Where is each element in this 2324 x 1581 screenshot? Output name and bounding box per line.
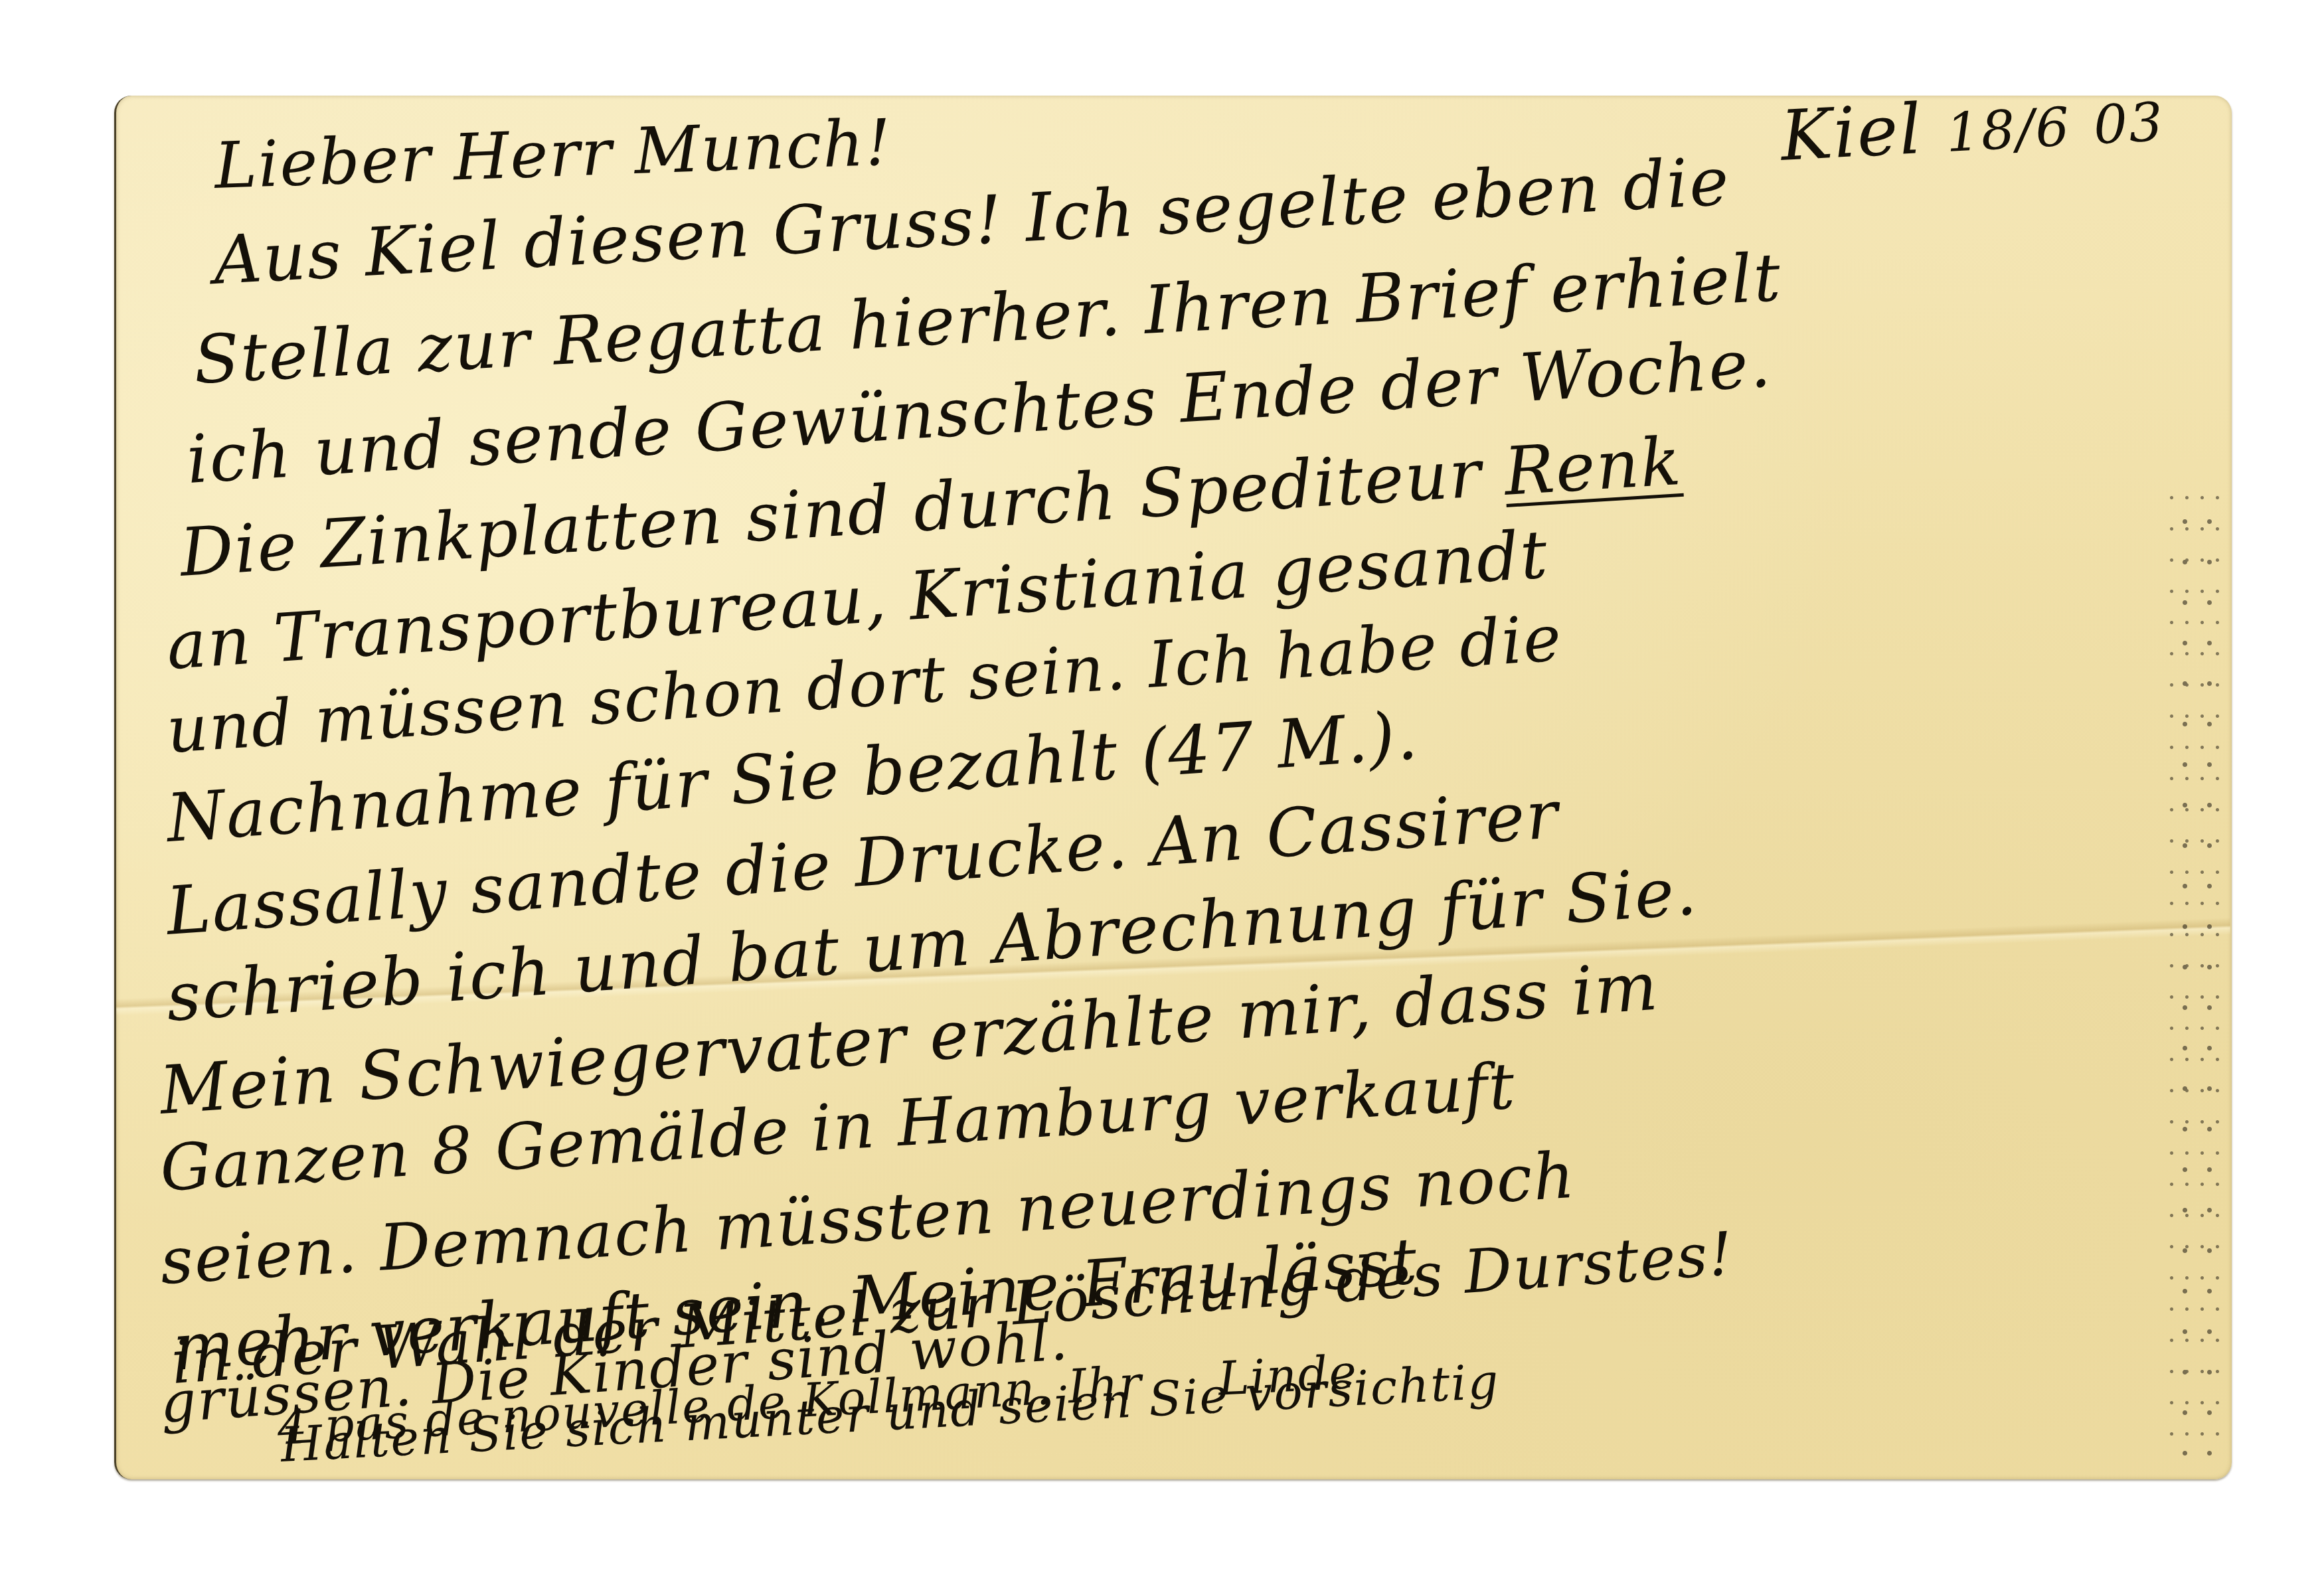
date-day: 18 [1944,99,2018,164]
signature: Linde [1217,1345,1359,1406]
date-month: 6 [2034,96,2072,159]
salutation: Lieber Herr Munch! [213,105,893,203]
date-year: 03 [2092,91,2166,156]
place-date: Kiel 18/6 03 [1779,76,2166,177]
underlined-name: Renk [1502,422,1684,511]
ink-spots-edge [2169,494,2229,1457]
date-place: Kiel [1779,88,1925,177]
